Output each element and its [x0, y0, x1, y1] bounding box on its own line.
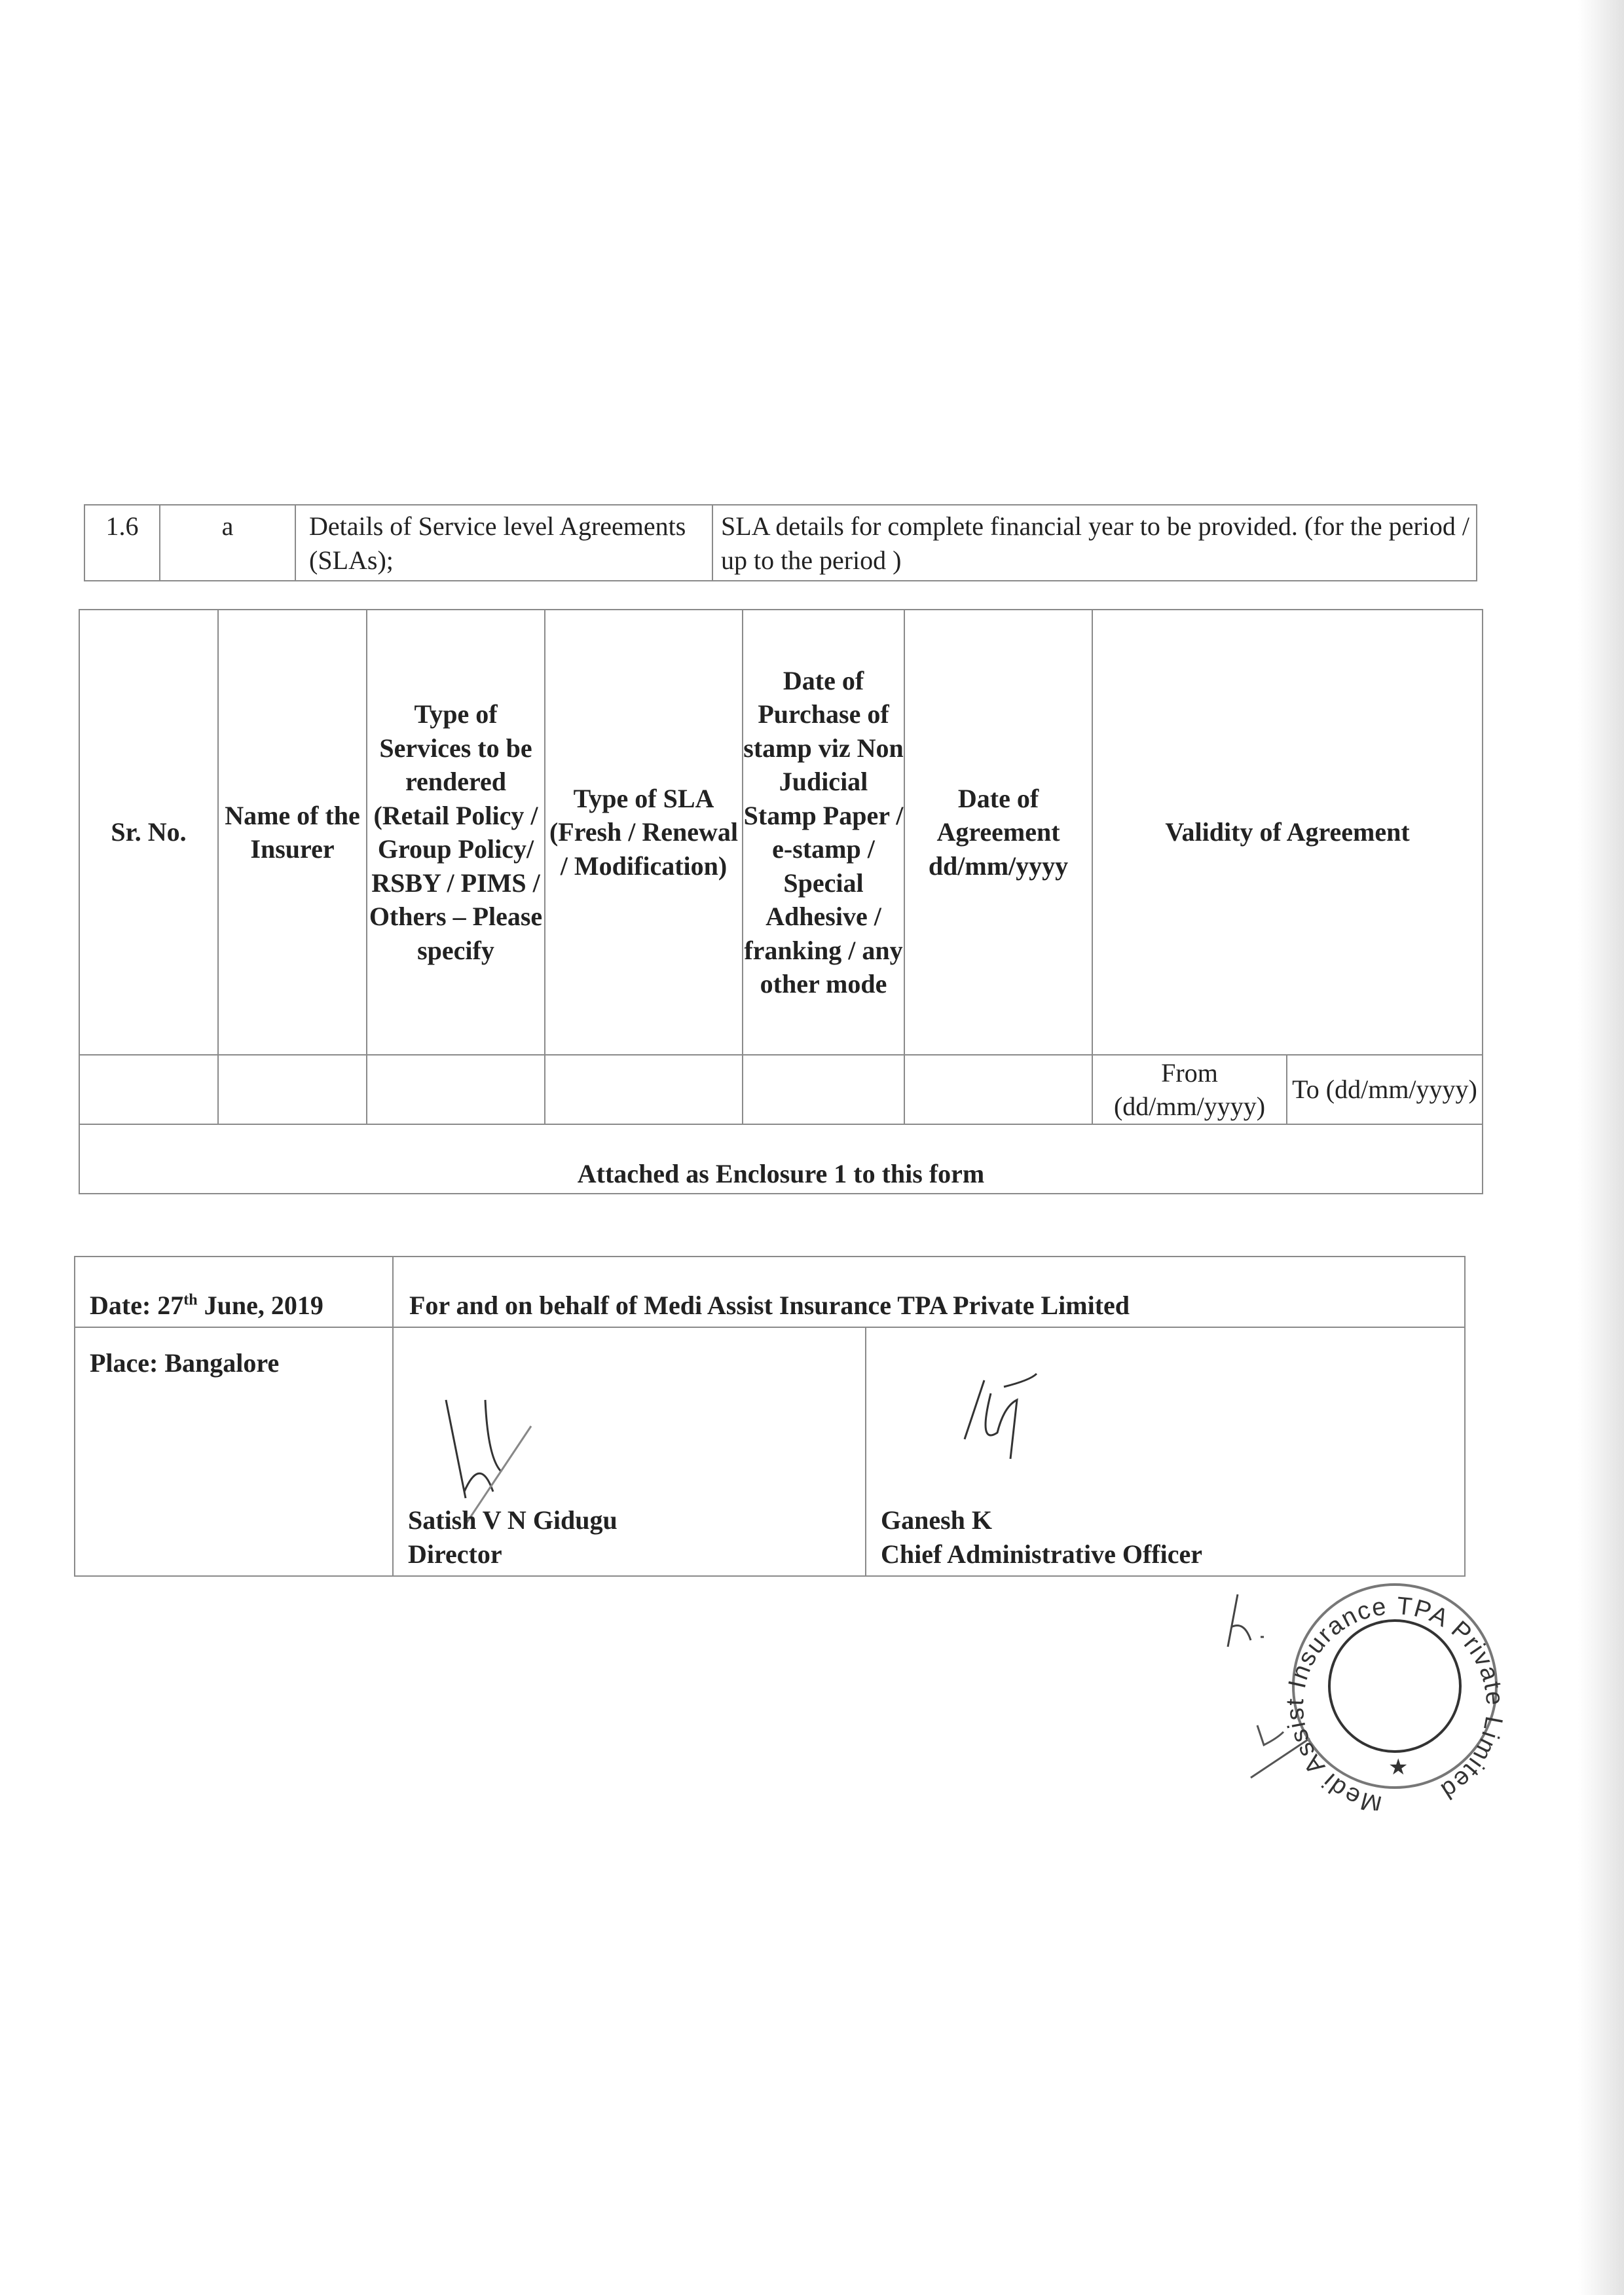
signature-cao-icon: [951, 1367, 1096, 1498]
signoff-table: Date: 27th June, 2019 For and on behalf …: [74, 1256, 1466, 1577]
header-insurer-name: Name of the Insurer: [218, 610, 367, 1055]
section-sub: a: [160, 505, 295, 581]
header-agreement-date: Date of Agreement dd/mm/yyyy: [904, 610, 1092, 1055]
company-seal-icon: Medi Assist Insurance TPA Private Limite…: [1198, 1575, 1513, 1810]
cell-empty: [743, 1055, 904, 1124]
signatory-cao-text: Ganesh K Chief Administrative Officer: [881, 1503, 1202, 1571]
header-sla-type: Type of SLA (Fresh / Renewal / Modificat…: [545, 610, 743, 1055]
scan-edge-shadow: [1578, 0, 1624, 2295]
header-service-type: Type of Services to be rendered (Retail …: [367, 610, 545, 1055]
cell-empty: [218, 1055, 367, 1124]
cell-empty: [545, 1055, 743, 1124]
cell-empty: [79, 1055, 218, 1124]
signatory-director: Satish V N Gidugu Director: [393, 1327, 866, 1576]
section-info-table: 1.6 a Details of Service level Agreement…: [84, 504, 1477, 581]
header-stamp-purchase-date: Date of Purchase of stamp viz Non Judici…: [743, 610, 904, 1055]
signoff-behalf: For and on behalf of Medi Assist Insuran…: [393, 1257, 1465, 1327]
svg-text:★: ★: [1388, 1754, 1408, 1780]
signoff-place: Place: Bangalore: [75, 1327, 393, 1576]
enclosure-note: Attached as Enclosure 1 to this form: [79, 1124, 1483, 1194]
sla-details-table: Sr. No. Name of the Insurer Type of Serv…: [79, 609, 1483, 1194]
cell-empty: [367, 1055, 545, 1124]
signatory-cao: Ganesh K Chief Administrative Officer: [866, 1327, 1465, 1576]
validity-to: To (dd/mm/yyyy): [1287, 1055, 1483, 1124]
signatory-director-text: Satish V N Gidugu Director: [408, 1503, 618, 1571]
cell-empty: [904, 1055, 1092, 1124]
section-instruction: SLA details for complete financial year …: [712, 505, 1477, 581]
header-sr-no: Sr. No.: [79, 610, 218, 1055]
validity-from: From (dd/mm/yyyy): [1092, 1055, 1287, 1124]
section-title: Details of Service level Agreements (SLA…: [295, 505, 712, 581]
header-validity: Validity of Agreement: [1092, 610, 1483, 1055]
signoff-date: Date: 27th June, 2019: [75, 1257, 393, 1327]
section-number: 1.6: [84, 505, 160, 581]
